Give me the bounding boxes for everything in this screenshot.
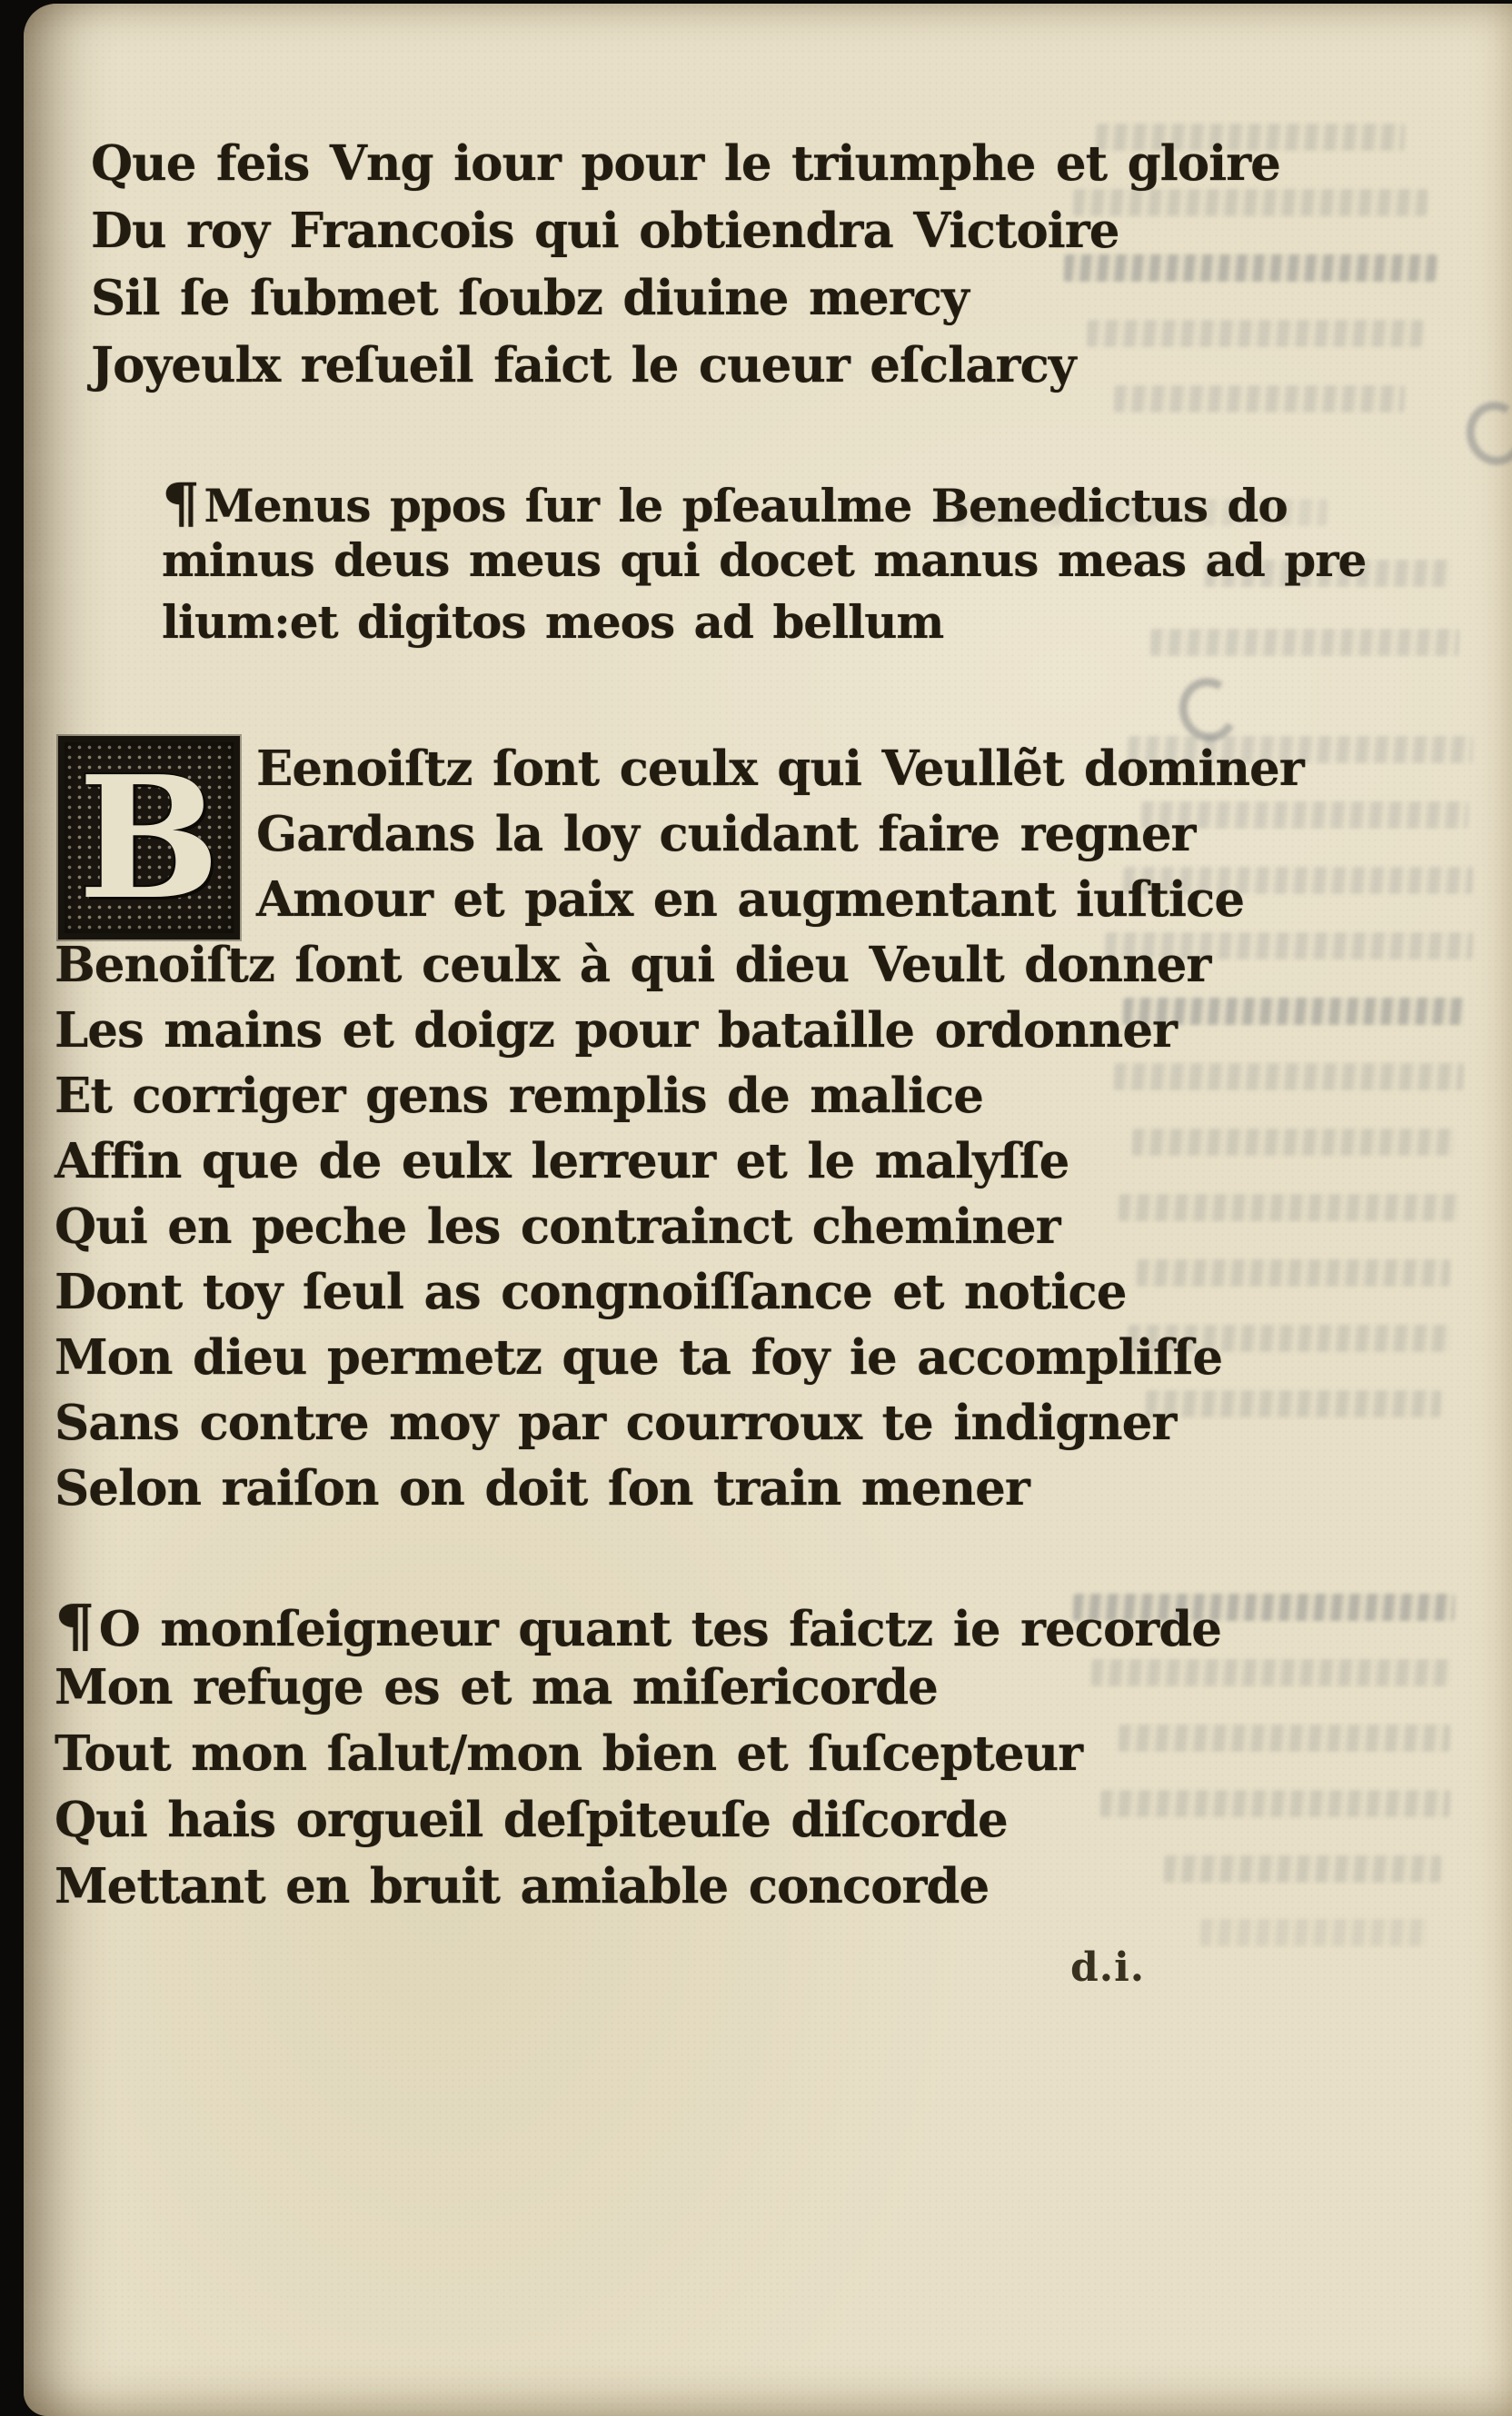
bleed-through-line <box>1136 1259 1450 1287</box>
verse-line: Sil ſe ſubmet ſoubz diuine mercy <box>91 274 969 323</box>
bleed-through-line <box>1113 385 1405 413</box>
verse-line: Tout mon ſalut/mon bien et ſuſcepteur <box>55 1730 1082 1778</box>
bleed-through-line <box>1086 320 1423 347</box>
drop-cap-initial: B <box>58 736 240 940</box>
drop-cap-letter: B <box>78 754 220 922</box>
bleed-through-line <box>1199 1919 1427 1946</box>
rubric-line: ¶Menus ppos ſur le pſeaulme Benedictus d… <box>162 476 1288 530</box>
verse-line: ¶O monſeigneur quant tes faictz ie recor… <box>55 1597 1221 1655</box>
verse-line: Mon dieu permetz que ta foy ie accompliſ… <box>55 1334 1222 1382</box>
bleed-through-line <box>1113 1063 1464 1090</box>
verse-line: Que feis Vng iour pour le triumphe et gl… <box>91 140 1280 188</box>
bleed-through-line <box>1099 1790 1450 1817</box>
bleed-through-line <box>1145 1390 1441 1417</box>
verse-text: O monſeigneur quant tes faictz ie record… <box>99 1601 1221 1657</box>
bleed-through-line <box>1131 1128 1455 1156</box>
verse-line: Du roy Francois qui obtiendra Victoire <box>91 207 1119 255</box>
signature-mark: d.i. <box>1070 1944 1145 1991</box>
verse-line: Qui en peche les contrainct cheminer <box>55 1203 1060 1251</box>
verse-line: Mon refuge es et ma miſericorde <box>55 1664 938 1712</box>
verse-line: Et corriger gens remplis de malice <box>55 1072 983 1120</box>
verse-line: Joyeulx reſueil faict le cueur eſclarcy <box>91 342 1076 390</box>
book-scan: Que feis Vng iour pour le triumphe et gl… <box>0 0 1512 2416</box>
bleed-through-line <box>1149 629 1459 656</box>
bleed-through-line <box>1072 189 1427 216</box>
verse-line: Qui hais orgueil deſpiteuſe diſcorde <box>55 1796 1008 1844</box>
verse-line: Benoiſtz ſont ceulx à qui dieu Veult don… <box>55 941 1210 989</box>
verse-line: Eenoiſtz ſont ceulx qui Veullẽt dominer <box>256 745 1304 793</box>
verse-line: Sans contre moy par courroux te indigner <box>55 1399 1176 1447</box>
bleed-through-mark <box>1459 395 1512 471</box>
bleed-through-line <box>1063 254 1437 282</box>
rubric-line: minus deus meus qui docet manus meas ad … <box>162 538 1366 583</box>
capitulum-mark: ¶ <box>162 476 199 530</box>
capitulum-mark: ¶ <box>55 1597 94 1655</box>
rubric-line: lium:et digitos meos ad bellum <box>162 600 943 645</box>
bleed-through-line <box>1163 1855 1441 1883</box>
verse-line: Affin que de eulx lerreur et le malyſſe <box>55 1138 1069 1186</box>
page: Que feis Vng iour pour le triumphe et gl… <box>24 4 1512 2416</box>
rubric-text: Menus ppos ſur le pſeaulme Benedictus do <box>204 479 1288 532</box>
bleed-through-line <box>1118 1725 1450 1752</box>
verse-line: Dont toy ſeul as congnoiſſance et notice <box>55 1268 1126 1317</box>
verse-line: Les mains et doigz pour bataille ordonne… <box>55 1007 1177 1055</box>
verse-line: Selon raiſon on doit ſon train mener <box>55 1465 1030 1513</box>
verse-line: Mettant en bruit amiable concorde <box>55 1863 989 1911</box>
bleed-through-line <box>1118 1194 1459 1221</box>
bleed-through-line <box>1090 1659 1450 1686</box>
verse-line: Amour et paix en augmentant iuſtice <box>256 876 1244 924</box>
verse-line: Gardans la loy cuidant faire regner <box>256 810 1195 859</box>
